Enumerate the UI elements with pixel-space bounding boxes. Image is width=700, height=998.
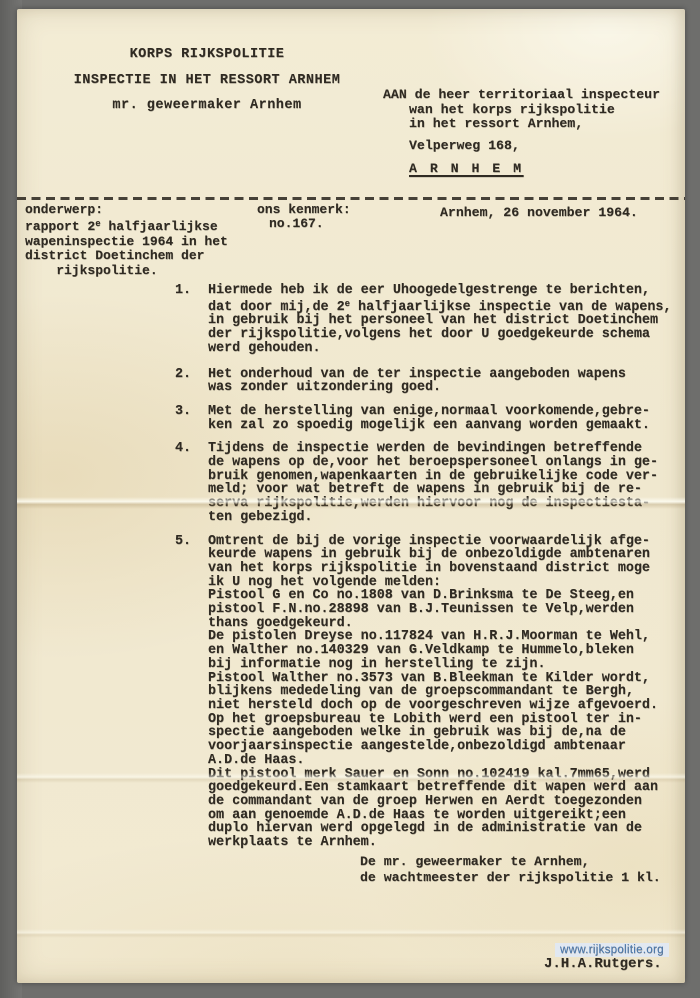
item-number: 3. <box>175 405 208 432</box>
list-item: 1. Hiermede heb ik de eer Uhoogedelgestr… <box>175 284 677 356</box>
site-watermark: www.rijkspolitie.org <box>555 943 669 957</box>
recipient-line-3: in het ressort Arnhem, <box>383 117 660 132</box>
item-number: 5. <box>175 535 208 850</box>
subject-text: rapport 2e halfjaarlijkse wapeninspectie… <box>25 217 228 278</box>
subject-block: onderwerp: rapport 2e halfjaarlijkse wap… <box>25 203 228 278</box>
list-item: 3. Met de herstelling van enige,normaal … <box>175 405 677 432</box>
body-list: 1. Hiermede heb ik de eer Uhoogedelgestr… <box>175 284 677 860</box>
list-item: 2. Het onderhoud van de ter inspectie aa… <box>175 368 677 395</box>
letterhead-inspection: INSPECTIE IN HET RESSORT ARNHEM <box>57 68 357 94</box>
recipient-line-1: AAN de heer territoriaal inspecteur <box>383 88 660 103</box>
letterhead-org: KORPS RIJKSPOLITIE <box>57 42 357 68</box>
list-item: 4. Tijdens de inspectie werden de bevind… <box>175 442 677 524</box>
item-number: 1. <box>175 284 208 356</box>
subject-label: onderwerp: <box>25 203 228 217</box>
item-text: Hiermede heb ik de eer Uhoogedelgestreng… <box>208 284 671 356</box>
signature-name: J.H.A.Rutgers. <box>544 956 662 972</box>
dateline: Arnhem, 26 november 1964. <box>440 205 638 220</box>
item-number: 2. <box>175 368 208 395</box>
closing-line-2: de wachtmeester der rijkspolitie 1 kl. <box>360 870 661 886</box>
recipient-line-2: wan het korps rijkspolitie <box>383 103 660 118</box>
recipient-city: A R N H E M <box>383 162 660 177</box>
item-text: Omtrent de bij de vorige inspectie voorw… <box>208 535 658 850</box>
recipient-street: Velperweg 168, <box>383 139 660 154</box>
closing-line-1: De mr. geweermaker te Arnhem, <box>360 854 661 870</box>
recipient-address: AAN de heer territoriaal inspecteur wan … <box>383 88 660 177</box>
reference-value: no.167. <box>257 217 351 231</box>
dashed-separator <box>17 197 685 200</box>
item-text: Met de herstelling van enige,normaal voo… <box>208 405 650 432</box>
item-text: Het onderhoud van de ter inspectie aange… <box>208 368 626 395</box>
letterhead: KORPS RIJKSPOLITIE INSPECTIE IN HET RESS… <box>57 42 357 119</box>
closing-block: De mr. geweermaker te Arnhem, de wachtme… <box>360 854 661 885</box>
item-number: 4. <box>175 442 208 524</box>
item-text: Tijdens de inspectie werden de bevinding… <box>208 442 658 524</box>
reference-block: ons kenmerk: no.167. <box>257 203 351 232</box>
list-item: 5. Omtrent de bij de vorige inspectie vo… <box>175 535 677 850</box>
document-scan: KORPS RIJKSPOLITIE INSPECTIE IN HET RESS… <box>0 0 700 998</box>
fold-crease <box>17 929 685 938</box>
reference-label: ons kenmerk: <box>257 203 351 217</box>
paper: KORPS RIJKSPOLITIE INSPECTIE IN HET RESS… <box>17 9 685 983</box>
letterhead-unit: mr. geweermaker Arnhem <box>57 93 357 119</box>
